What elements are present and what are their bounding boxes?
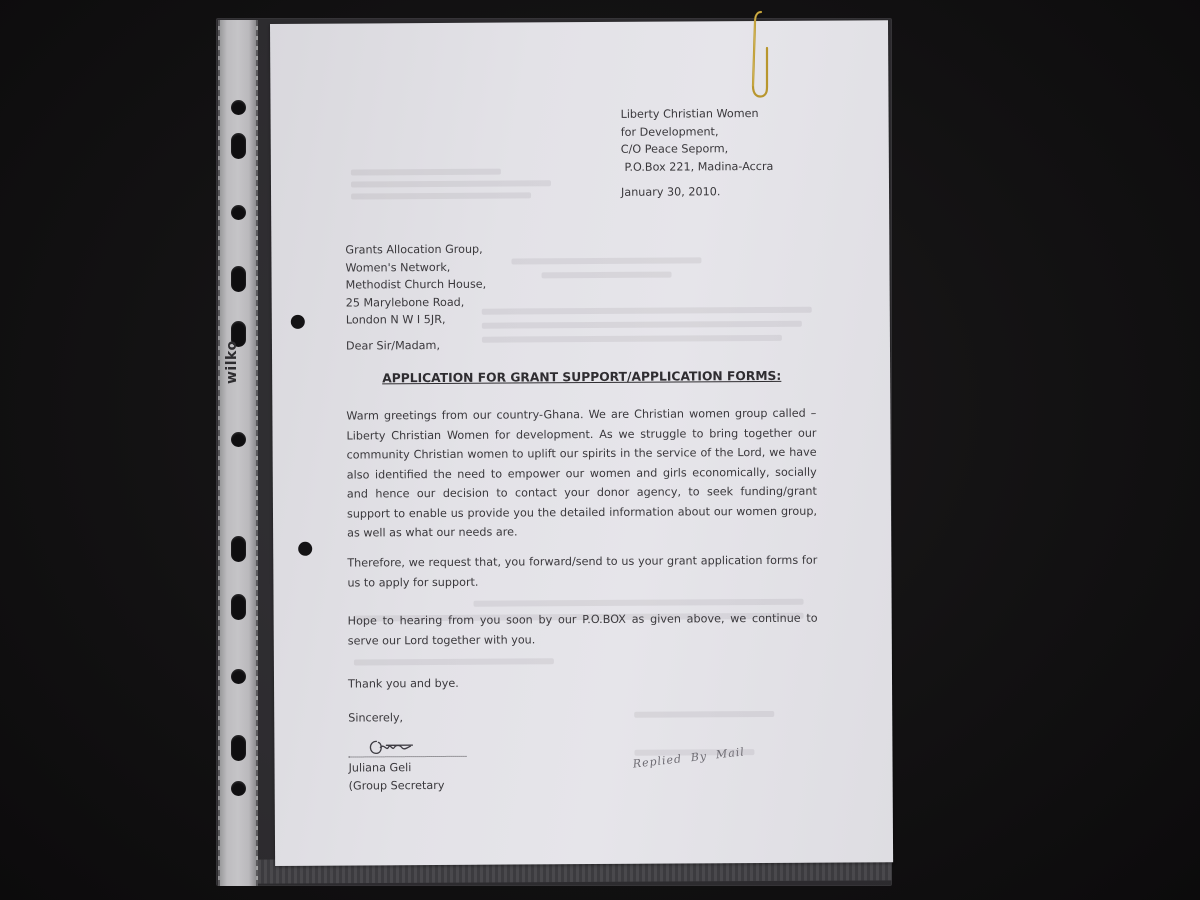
- signatory-name: Juliana Geli: [348, 759, 411, 777]
- show-through-text: [542, 272, 672, 279]
- show-through-text: [482, 335, 782, 343]
- show-through-text: [351, 169, 501, 176]
- recipient-line: Grants Allocation Group,: [345, 241, 486, 259]
- show-through-text: [482, 307, 812, 315]
- sender-line: C/O Peace Seporm,: [621, 140, 774, 158]
- show-through-text: [634, 711, 774, 718]
- show-through-text: [351, 192, 531, 199]
- punch-hole: [231, 669, 246, 684]
- paperclip-icon: [745, 8, 775, 100]
- show-through-text: [511, 257, 701, 264]
- punch-hole: [231, 432, 246, 447]
- closing-line: Thank you and bye.: [348, 675, 459, 693]
- recipient-address: Grants Allocation Group, Women's Network…: [345, 241, 486, 329]
- signature-line: [348, 756, 466, 758]
- paper-punch-hole: [298, 542, 312, 556]
- recipient-line: London N W I 5JR,: [346, 311, 487, 329]
- punch-hole: [231, 266, 246, 292]
- punch-hole: [231, 536, 246, 562]
- show-through-text: [354, 658, 554, 665]
- sender-line: Liberty Christian Women: [621, 105, 774, 123]
- show-through-text: [474, 599, 804, 607]
- show-through-text: [482, 321, 802, 329]
- show-through-text: [351, 180, 551, 187]
- letter-date: January 30, 2010.: [621, 183, 720, 201]
- sender-line: for Development,: [621, 122, 774, 140]
- salutation: Dear Sir/Madam,: [346, 337, 440, 355]
- paper-punch-hole: [291, 315, 305, 329]
- sender-address: Liberty Christian Women for Development,…: [621, 105, 774, 176]
- body-paragraph: Hope to hearing from you soon by our P.O…: [348, 609, 818, 651]
- punch-hole: [231, 205, 246, 220]
- letter-page: Liberty Christian Women for Development,…: [270, 20, 893, 866]
- sender-line: P.O.Box 221, Madina-Accra: [621, 157, 774, 175]
- sign-off: Sincerely,: [348, 709, 403, 727]
- recipient-line: Methodist Church House,: [346, 276, 487, 294]
- punch-hole: [231, 735, 246, 761]
- punch-hole: [231, 781, 246, 796]
- punch-hole: [231, 100, 246, 115]
- recipient-line: Women's Network,: [345, 258, 486, 276]
- sleeve-brand-label: wilko: [224, 340, 240, 384]
- subject-heading: APPLICATION FOR GRANT SUPPORT/APPLICATIO…: [382, 368, 781, 388]
- body-paragraph: Warm greetings from our country-Ghana. W…: [346, 404, 817, 543]
- body-paragraph: Therefore, we request that, you forward/…: [347, 551, 817, 593]
- signatory-role: (Group Secretary: [349, 777, 445, 795]
- punch-hole: [231, 594, 246, 620]
- punch-hole: [231, 133, 246, 159]
- signature-scribble: [366, 735, 414, 757]
- recipient-line: 25 Marylebone Road,: [346, 293, 487, 311]
